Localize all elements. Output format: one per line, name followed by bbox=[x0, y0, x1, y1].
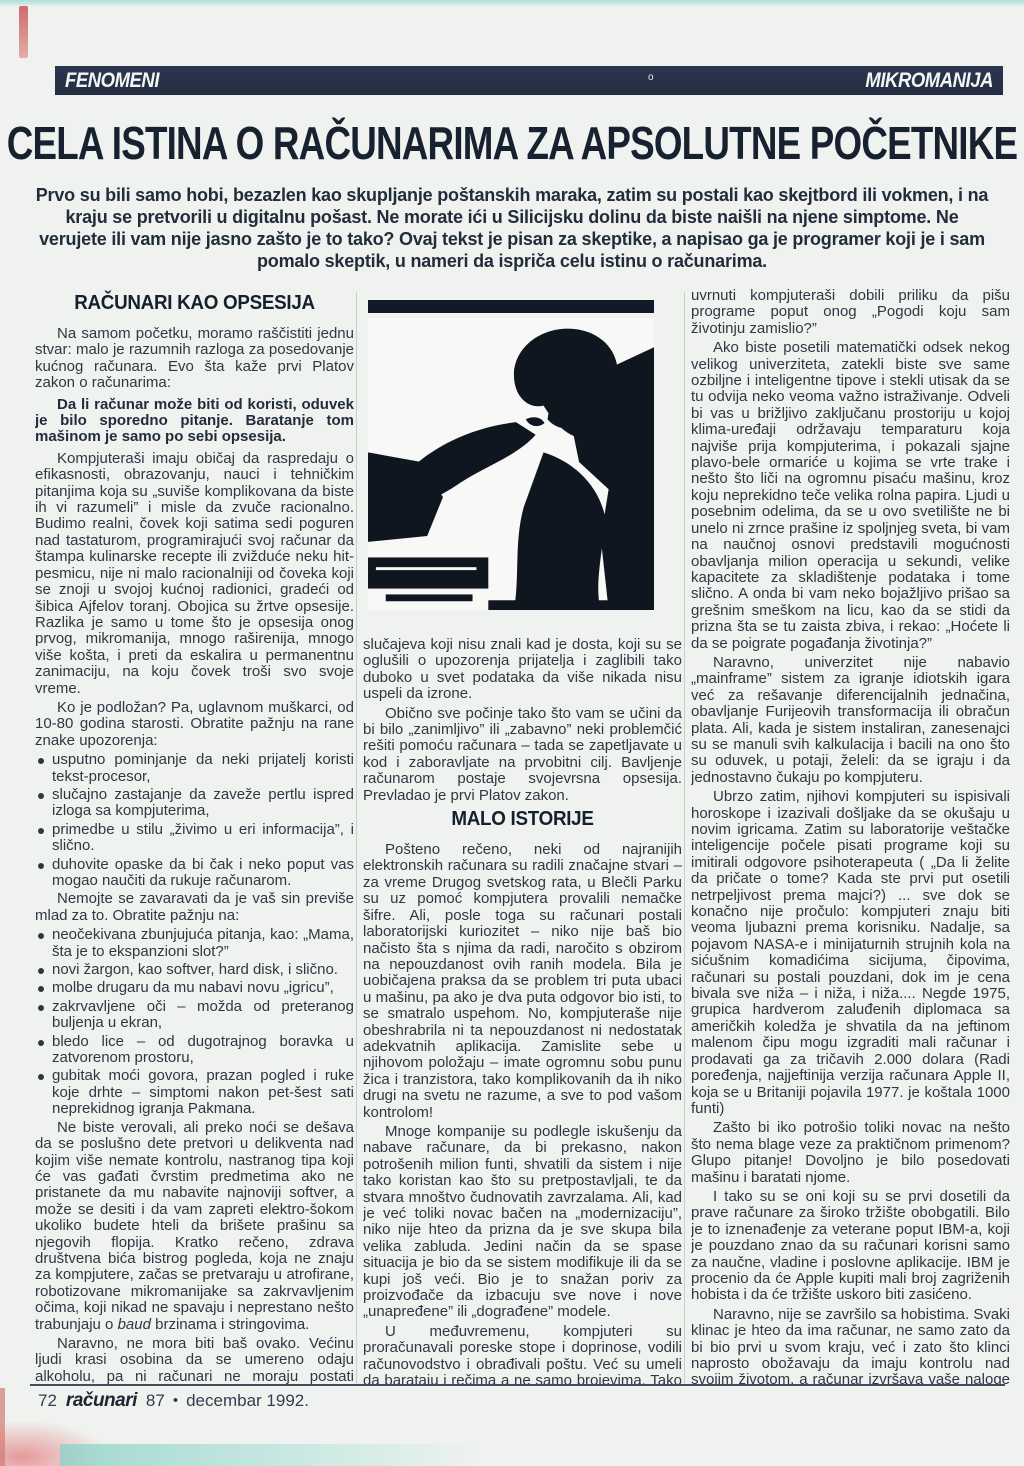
paragraph: Naravno, univerzitet nije nabavio „mainf… bbox=[691, 655, 1010, 786]
section-label-fenomeni: FENOMENI bbox=[65, 69, 159, 93]
bullet-icon bbox=[38, 933, 44, 939]
photo-frame bbox=[368, 318, 654, 610]
bullet-item: neočekivana zbunjujuća pitanja, kao: „Ma… bbox=[35, 927, 354, 960]
footer-bullet-icon: • bbox=[173, 1392, 178, 1409]
bullet-icon bbox=[38, 828, 44, 834]
footer-page-number: 72 bbox=[38, 1391, 57, 1411]
paragraph: U međuvremenu, kompjuteri su proračunava… bbox=[363, 1324, 682, 1386]
bullet-item: usputno pominjanje da neki prijatelj kor… bbox=[35, 752, 354, 785]
paragraph: Kompjuteraši imaju običaj da raspredaju … bbox=[35, 451, 354, 697]
paragraph: Ko je podložan? Pa, uglavnom muškarci, o… bbox=[35, 700, 354, 749]
bullet-icon bbox=[38, 1074, 44, 1080]
scan-artifact-red-mark bbox=[19, 6, 28, 58]
print-speck: o bbox=[648, 72, 654, 83]
paragraph: Mnoge kompanije su podlegle iskušenju da… bbox=[363, 1124, 682, 1321]
paragraph: uvrnuti kompjuteraši dobili priliku da p… bbox=[691, 288, 1010, 337]
bullet-item: primedbe u stilu „živimo u eri informaci… bbox=[35, 822, 354, 855]
paragraph: Da li računar može biti od koristi, oduv… bbox=[35, 397, 354, 446]
scan-artifact-pink-smudge bbox=[0, 1420, 110, 1466]
paragraph: Na samom početku, moramo raščistiti jedn… bbox=[35, 326, 354, 392]
paragraph: Ubrzo zatim, njihovi kompjuteri su ispis… bbox=[691, 789, 1010, 1117]
scan-artifact-teal-smudge bbox=[60, 1444, 480, 1466]
magazine-page: { "colors": { "page_background": "#eff2e… bbox=[0, 0, 1024, 1466]
footer-date: decembar 1992. bbox=[186, 1391, 309, 1411]
bullet-text: duhovite opaske da bi čak i neko poput v… bbox=[52, 857, 354, 890]
bullet-icon bbox=[38, 1040, 44, 1046]
bullet-icon bbox=[38, 863, 44, 869]
scan-artifact-top-band bbox=[0, 0, 1024, 7]
footer: 72 računari 87 • decembar 1992. bbox=[38, 1390, 309, 1412]
column-3: uvrnuti kompjuteraši dobili priliku da p… bbox=[691, 288, 1010, 1386]
bullet-item: bledo lice – od dugotrajnog boravka u za… bbox=[35, 1034, 354, 1067]
column-2-text: slučajeva koji nisu znali kad je dosta, … bbox=[363, 637, 682, 1386]
bullet-item: duhovite opaske da bi čak i neko poput v… bbox=[35, 857, 354, 890]
bullet-text: usputno pominjanje da neki prijatelj kor… bbox=[52, 752, 354, 785]
bullet-text: neočekivana zbunjujuća pitanja, kao: „Ma… bbox=[52, 927, 354, 960]
footer-issue-number: 87 bbox=[146, 1391, 165, 1411]
scan-artifact-left-edge bbox=[0, 1388, 5, 1466]
bullet-item: gubitak moći govora, prazan pogled i ruk… bbox=[35, 1068, 354, 1117]
footer-rule bbox=[30, 1384, 1005, 1386]
bullet-item: molbe drugaru da mu nabavi novu „igricu”… bbox=[35, 980, 354, 996]
paragraph: Zašto bi iko potrošio toliki novac na ne… bbox=[691, 1120, 1010, 1186]
bullet-item: zakrvavljene oči – možda od preteranog b… bbox=[35, 999, 354, 1032]
section-label-mikromanija: MIKROMANIJA bbox=[865, 69, 993, 93]
column-2: slučajeva koji nisu znali kad je dosta, … bbox=[363, 288, 682, 1386]
paragraph: Naravno, ne mora biti baš ovako. Većinu … bbox=[35, 1336, 354, 1386]
bullet-text: molbe drugaru da mu nabavi novu „igricu”… bbox=[52, 980, 354, 996]
column-divider bbox=[356, 292, 357, 1384]
paragraph: Pošteno rečeno, neki od najranijih elekt… bbox=[363, 842, 682, 1121]
bullet-item: slučajno zastajanje da zaveže pertlu isp… bbox=[35, 787, 354, 820]
column-1: RAČUNARI KAO OPSESIJANa samom početku, m… bbox=[35, 288, 354, 1386]
intro-paragraph: Prvo su bili samo hobi, bezazlen kao sku… bbox=[33, 184, 991, 272]
section-heading: RAČUNARI KAO OPSESIJA bbox=[45, 292, 345, 315]
bullet-text: bledo lice – od dugotrajnog boravka u za… bbox=[52, 1034, 354, 1067]
paragraph: Naravno, nije se završilo sa hobistima. … bbox=[691, 1307, 1010, 1386]
column-divider bbox=[684, 292, 685, 1384]
bullet-text: novi žargon, kao softver, hard disk, i s… bbox=[52, 962, 354, 978]
bullet-icon bbox=[38, 968, 44, 974]
bullet-text: slučajno zastajanje da zaveže pertlu isp… bbox=[52, 787, 354, 820]
hacker-photo-illustration bbox=[368, 318, 654, 610]
paragraph: Nemojte se zavaravati da je vaš sin prev… bbox=[35, 891, 354, 924]
photo-top-bar bbox=[368, 300, 654, 313]
paragraph: Ne biste verovali, ali preko noći se deš… bbox=[35, 1120, 354, 1333]
bullet-icon bbox=[38, 986, 44, 992]
bullet-text: primedbe u stilu „živimo u eri informaci… bbox=[52, 822, 354, 855]
bullet-text: gubitak moći govora, prazan pogled i ruk… bbox=[52, 1068, 354, 1117]
paragraph: slučajeva koji nisu znali kad je dosta, … bbox=[363, 637, 682, 703]
paragraph: I tako su se oni koji su se prvi dosetil… bbox=[691, 1189, 1010, 1304]
section-heading: MALO ISTORIJE bbox=[373, 808, 673, 831]
bullet-text: zakrvavljene oči – možda od preteranog b… bbox=[52, 999, 354, 1032]
page-title: CELA ISTINA O RAČUNARIMA ZA APSOLUTNE PO… bbox=[7, 116, 1018, 170]
bullet-icon bbox=[38, 758, 44, 764]
bullet-icon bbox=[38, 793, 44, 799]
bullet-icon bbox=[38, 1005, 44, 1011]
paragraph: Ako biste posetili matematički odsek nek… bbox=[691, 340, 1010, 652]
header-bar: FENOMENI MIKROMANIJA bbox=[55, 66, 1003, 95]
bullet-item: novi žargon, kao softver, hard disk, i s… bbox=[35, 962, 354, 978]
paragraph: Obično sve počinje tako što vam se učini… bbox=[363, 706, 682, 804]
footer-magazine-name: računari bbox=[66, 1390, 137, 1412]
